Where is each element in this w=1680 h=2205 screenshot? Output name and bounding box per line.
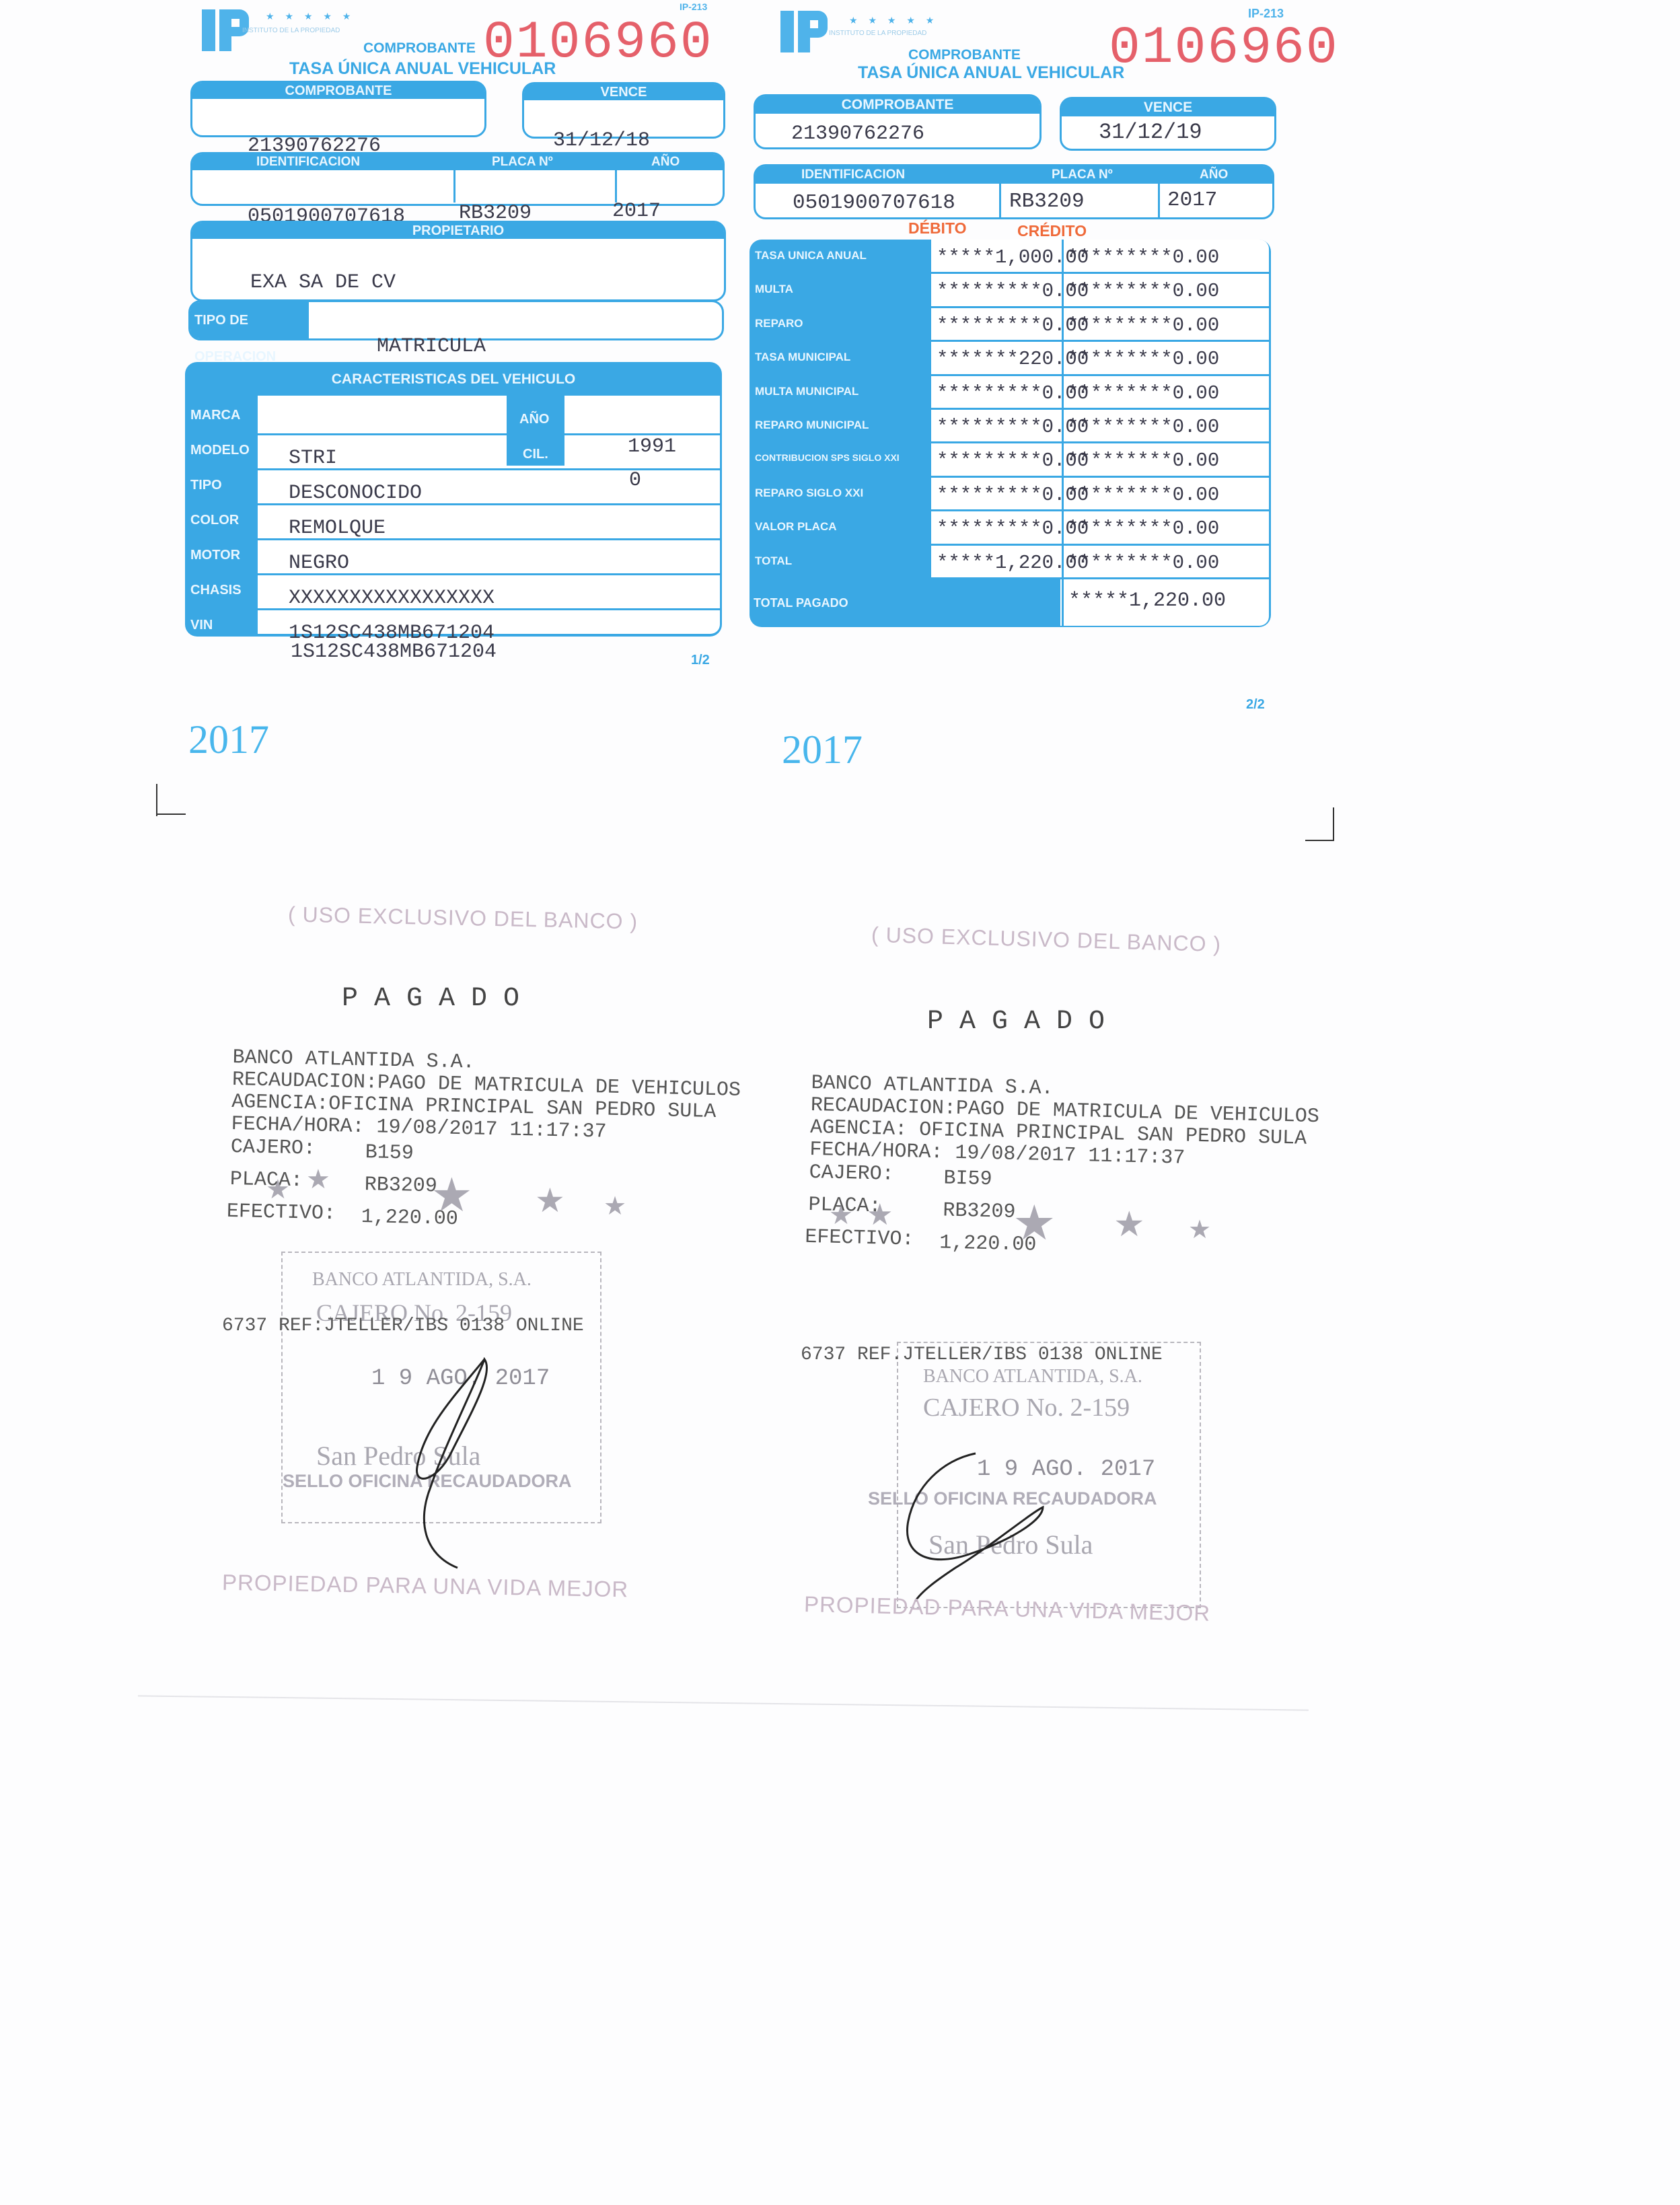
ledger-label: TASA MUNICIPAL — [755, 351, 850, 364]
vence-value: 31/12/19 — [1099, 120, 1202, 145]
tipo-operacion-box: TIPO DE OPERACION — [188, 300, 724, 340]
ledger-credito: *********0.00 — [1067, 382, 1219, 404]
institution-name: INSTITUTO DE LA PROPIEDAD — [829, 30, 926, 37]
ledger-debito: *****1,220.00 — [937, 552, 1089, 574]
vehicle-label-chasis: CHASIS — [190, 583, 242, 598]
institution-name: INSTITUTO DE LA PROPIEDAD — [242, 27, 340, 34]
year-mark: 2017 — [782, 727, 863, 773]
star-icon: ★ — [266, 1174, 290, 1205]
star-icon: ★ — [306, 1164, 330, 1195]
vehicle-value-color: REMOLQUE — [289, 517, 386, 540]
crop-mark — [1333, 807, 1334, 841]
form-title: TASA ÚNICA ANUAL VEHICULAR — [858, 63, 1124, 83]
identificacion-value: 0501900707618 — [793, 191, 955, 215]
efectivo-label: EFECTIVO: — [805, 1226, 914, 1252]
total-pagado-label: TOTAL PAGADO — [754, 596, 848, 610]
page-indicator: 2/2 — [1246, 697, 1265, 713]
vehicle-label-modelo: MODELO — [190, 443, 250, 458]
institution-stars: ★ ★ ★ ★ ★ — [266, 11, 355, 22]
comprobante-label: COMPROBANTE — [363, 40, 476, 57]
vehicle-panel: CARACTERISTICAS DEL VEHICULO AÑO CIL. MA… — [185, 362, 722, 637]
star-icon: ★ — [1013, 1194, 1056, 1251]
vehicle-label-marca: MARCA — [190, 408, 240, 423]
stamp-bank-name: BANCO ATLANTIDA, S.A. — [312, 1269, 532, 1291]
vehicle-label-motor: MOTOR — [190, 548, 240, 563]
placa-value: RB3209 — [1009, 190, 1085, 213]
ledger-label: MULTA MUNICIPAL — [755, 385, 859, 398]
comprobante-box: COMPROBANTE — [190, 81, 486, 137]
ledger-debito: *********0.00 — [937, 484, 1089, 506]
pagado-label: P A G A D O — [342, 984, 519, 1014]
form-code: IP-213 — [680, 1, 707, 12]
star-icon: ★ — [1113, 1204, 1145, 1245]
comprobante-value: 21390762276 — [791, 122, 924, 145]
ledger-label: VALOR PLACA — [755, 520, 837, 534]
ledger-credito: *********0.00 — [1067, 314, 1219, 336]
ledger-debito: *********0.00 — [937, 314, 1089, 336]
signature — [875, 1447, 1076, 1601]
ip-logo-icon — [780, 11, 828, 52]
ledger-label: CONTRIBUCION SPS SIGLO XXI — [755, 452, 900, 463]
ledger-label: TASA UNICA ANUAL — [755, 249, 867, 262]
ledger-debito: *********0.00 — [937, 517, 1089, 540]
stamp-bank-name: BANCO ATLANTIDA, S.A. — [923, 1366, 1142, 1387]
cajero-value: B159 — [365, 1141, 414, 1165]
footer-slogan: PROPIEDAD PARA UNA VIDA MEJOR — [222, 1570, 629, 1603]
uso-exclusivo-label: ( USO EXCLUSIVO DEL BANCO ) — [871, 923, 1222, 957]
ledger-label: TOTAL — [755, 554, 792, 568]
ledger-label: MULTA — [755, 283, 793, 296]
ledger-debito: *********0.00 — [937, 382, 1089, 404]
ledger-label: REPARO MUNICIPAL — [755, 419, 869, 432]
uso-exclusivo-label: ( USO EXCLUSIVO DEL BANCO ) — [288, 902, 638, 935]
vehicle-cil-value: 0 — [629, 469, 641, 492]
ledger-label: REPARO — [755, 317, 803, 330]
vehicle-label-vin: VIN — [190, 618, 213, 633]
ano-value: 2017 — [612, 200, 661, 223]
ledger-label: REPARO SIGLO XXI — [755, 486, 863, 500]
total-pagado-value: *****1,220.00 — [1068, 589, 1226, 612]
ledger-panel: TASA UNICA ANUAL*****1,000.00*********0.… — [750, 240, 1271, 627]
comprobante-label: COMPROBANTE — [908, 47, 1021, 63]
signature — [377, 1352, 498, 1575]
ledger-credito: *********0.00 — [1067, 552, 1219, 574]
ledger-debito: *****1,000.00 — [937, 246, 1089, 268]
crop-mark — [156, 784, 157, 816]
year-mark: 2017 — [188, 717, 269, 763]
institution-stars: ★ ★ ★ ★ ★ — [849, 15, 938, 26]
star-icon: ★ — [604, 1191, 626, 1221]
ledger-debito: *********0.00 — [937, 416, 1089, 438]
vehicle-value-tipo: DESCONOCIDO — [289, 482, 422, 505]
vehicle-value-chasis: XXXXXXXXXXXXXXXXX — [289, 587, 495, 610]
crop-mark — [1305, 840, 1334, 841]
ref-line: 6737 REF:JTELLER/IBS 0138 ONLINE — [222, 1315, 584, 1336]
ano-value: 2017 — [1167, 188, 1217, 212]
star-icon: ★ — [431, 1167, 473, 1223]
page-indicator: 1/2 — [691, 653, 710, 668]
placa-value: RB3209 — [943, 1199, 1016, 1223]
ledger-credito: *********0.00 — [1067, 517, 1219, 540]
cajero-label: CAJERO: — [809, 1161, 894, 1186]
ledger-credito: *********0.00 — [1067, 449, 1219, 472]
form-title: TASA ÚNICA ANUAL VEHICULAR — [289, 59, 556, 79]
ledger-credito: *********0.00 — [1067, 416, 1219, 438]
vin-overflow: 1S12SC438MB671204 — [291, 641, 497, 663]
page-edge — [138, 1695, 1309, 1710]
vence-value: 31/12/18 — [553, 129, 650, 152]
cajero-value: BI59 — [943, 1167, 992, 1192]
serial-number: 0106960 — [1109, 19, 1339, 78]
pagado-label: P A G A D O — [927, 1007, 1105, 1037]
star-icon: ★ — [829, 1200, 853, 1231]
star-icon: ★ — [535, 1181, 565, 1220]
identificacion-box: IDENTIFICACION PLACA Nº AÑO — [190, 152, 725, 206]
tipo-operacion-value: MATRICULA — [377, 335, 486, 358]
vehicle-value-modelo: STRI — [289, 447, 337, 470]
ledger-credito: *********0.00 — [1067, 246, 1219, 268]
cajero-label: CAJERO: — [231, 1136, 316, 1161]
ledger-credito: *********0.00 — [1067, 280, 1219, 302]
crop-mark — [156, 814, 186, 815]
ref-line: 6737 REF.JTELLER/IBS 0138 ONLINE — [801, 1344, 1163, 1365]
vehicle-value-motor: NEGRO — [289, 552, 349, 575]
ledger-debito: *********0.00 — [937, 449, 1089, 472]
vehicle-ano-value: 1991 — [628, 435, 676, 458]
ledger-credito: *********0.00 — [1067, 484, 1219, 506]
star-icon: ★ — [867, 1198, 893, 1232]
stamp-cajero: CAJERO No. 2-159 — [923, 1393, 1130, 1422]
ledger-debito: *******220.00 — [937, 348, 1089, 370]
placa-value: RB3209 — [364, 1173, 437, 1198]
propietario-value: EXA SA DE CV — [250, 271, 396, 294]
star-icon: ★ — [1188, 1215, 1211, 1245]
vehicle-label-color: COLOR — [190, 513, 239, 528]
ledger-debito: *********0.00 — [937, 280, 1089, 302]
ledger-credito: *********0.00 — [1067, 348, 1219, 370]
debito-header: DÉBITO — [908, 219, 966, 238]
vehicle-label-tipo: TIPO — [190, 478, 222, 493]
credito-header: CRÉDITO — [1017, 222, 1087, 240]
